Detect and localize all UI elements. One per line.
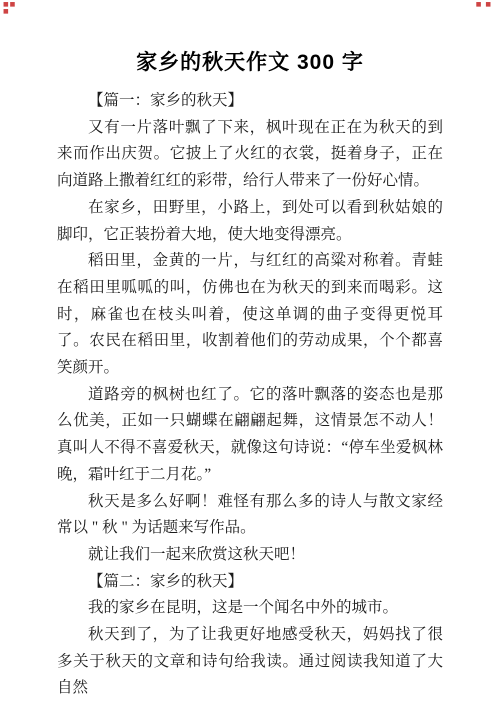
paragraph: 【篇二：家乡的秋天】: [57, 569, 443, 596]
paragraph: 秋天是多么好啊！难怪有那么多的诗人与散文家经常以 " 秋 " 为话题来写作品。: [57, 489, 443, 542]
paragraph: 又有一片落叶飘了下来，枫叶现在正在为秋天的到来而作出庆贺。它披上了火红的衣裳，挺…: [57, 115, 443, 195]
red-watermark-mark-top-right: ■ ■: [476, 2, 492, 8]
red-watermark-mark-top-left-2: ■: [3, 9, 10, 15]
document-page: ■■ ■ ■ ■ 家乡的秋天作文 300 字 【篇一：家乡的秋天】又有一片落叶飘…: [0, 0, 500, 707]
paragraph: 我的家乡在昆明，这是一个闻名中外的城市。: [57, 595, 443, 622]
essay-body: 【篇一：家乡的秋天】又有一片落叶飘了下来，枫叶现在正在为秋天的到来而作出庆贺。它…: [57, 88, 443, 702]
paragraph: 就让我们一起来欣赏这秋天吧！: [57, 542, 443, 569]
paragraph: 道路旁的枫树也红了。它的落叶飘落的姿态也是那么优美，正如一只蝴蝶在翩翩起舞，这情…: [57, 382, 443, 489]
paragraph: 稻田里，金黄的一片，与红红的高粱对称着。青蛙在稻田里呱呱的叫，仿佛也在为秋天的到…: [57, 248, 443, 382]
paragraph: 【篇一：家乡的秋天】: [57, 88, 443, 115]
page-title: 家乡的秋天作文 300 字: [0, 0, 500, 78]
paragraph: 秋天到了，为了让我更好地感受秋天，妈妈找了很多关于秋天的文章和诗句给我读。通过阅…: [57, 622, 443, 702]
paragraph: 在家乡，田野里，小路上，到处可以看到秋姑娘的脚印，它正装扮着大地，使大地变得漂亮…: [57, 195, 443, 248]
